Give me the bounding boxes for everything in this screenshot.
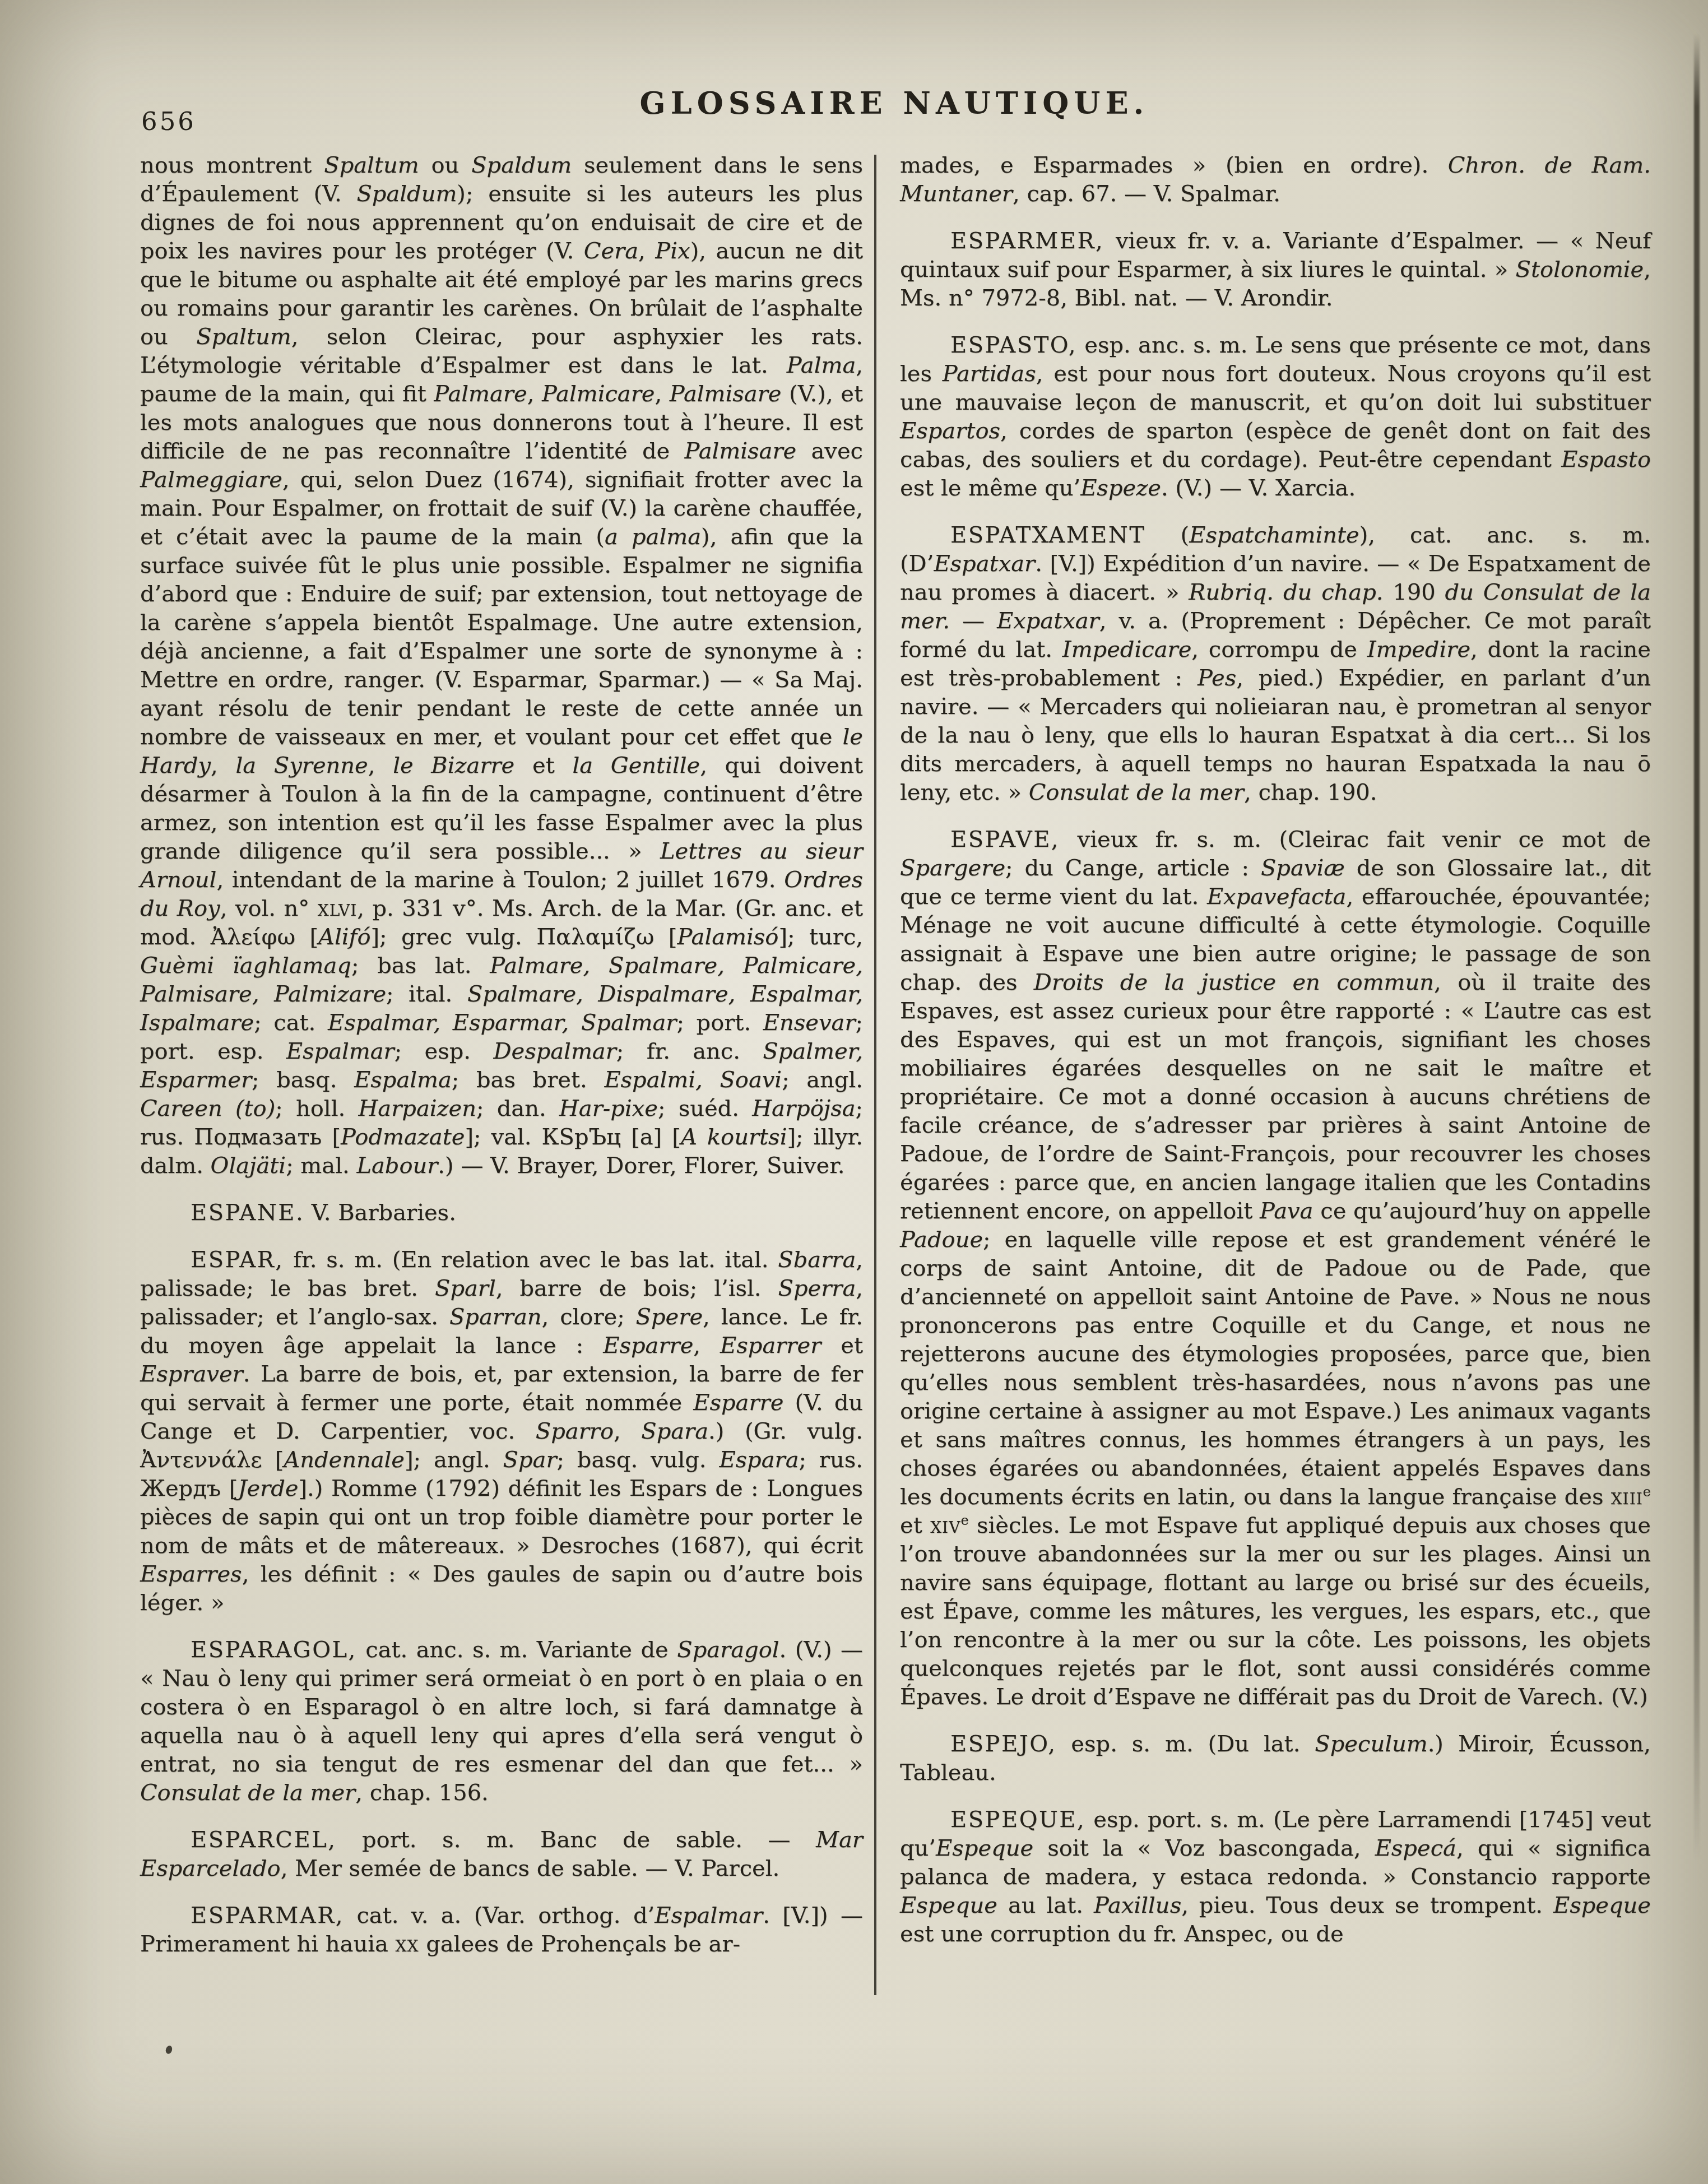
text-segment: ESPAVE, [950, 827, 1060, 852]
text-segment: ; en laquelle ville repose et est grande… [900, 1227, 1651, 1510]
text-segment: a palma [605, 524, 701, 550]
text-segment: Andennale [284, 1447, 405, 1473]
text-segment: ; bas bret. [452, 1067, 605, 1093]
text-segment: , clore; [542, 1304, 636, 1330]
text-segment: Spere [636, 1304, 703, 1330]
text-segment: Sparran [449, 1304, 542, 1330]
text-segment: esp. s. m. (Du lat. [1056, 1731, 1315, 1757]
text-segment: e [960, 1513, 968, 1528]
text-segment: Padoue [900, 1227, 983, 1253]
text-segment: Sparagol [677, 1637, 779, 1663]
text-segment: Spaltum [324, 152, 419, 178]
text-segment: Har-pixe [559, 1096, 658, 1121]
entry-espejo: ESPEJO, esp. s. m. (Du lat. Speculum.) M… [900, 1730, 1651, 1787]
text-segment: Droits de la justice en commun [1034, 970, 1434, 995]
text-segment: Sperra [778, 1276, 856, 1301]
text-segment: , [614, 1418, 641, 1444]
entry-espar: ESPAR, fr. s. m. (En relation avec le ba… [140, 1246, 863, 1617]
entry-esparagol: ESPARAGOL, cat. anc. s. m. Variante de S… [140, 1636, 863, 1807]
text-segment: ; basq. [252, 1067, 354, 1093]
text-segment: Espalmar [286, 1038, 394, 1064]
text-segment: ; ital. [386, 981, 467, 1007]
text-segment: ]; angl. [405, 1447, 503, 1473]
text-segment: , [655, 381, 670, 407]
text-segment: ; cat. [254, 1010, 328, 1036]
text-segment: Espeze [1080, 475, 1161, 501]
text-segment: Palamisó [677, 924, 778, 950]
text-segment: Stolonomie [1516, 257, 1644, 282]
text-segment: ( [1146, 522, 1190, 548]
text-segment: Spargere [900, 855, 1005, 881]
text-segment: , [211, 753, 235, 778]
left-column: nous montrent Spaltum ou Spaldum seuleme… [140, 151, 863, 1959]
entry-espave: ESPAVE, vieux fr. s. m. (Cleirac fait ve… [900, 826, 1651, 1712]
text-segment: fr. s. m. (En relation avec le bas lat. … [284, 1247, 778, 1273]
text-segment: Rubriq. du chap. [1189, 579, 1383, 605]
text-segment: Jerde [238, 1476, 298, 1501]
text-segment: ), afin que la surface suivée fût le plu… [140, 524, 863, 750]
text-segment: galees de Prohençals be ar- [419, 1931, 740, 1957]
text-segment: Espatchaminte [1189, 522, 1359, 548]
text-segment: , intendant de la marine à Toulon; 2 jui… [216, 867, 784, 893]
text-segment: vieux fr. s. m. (Cleirac fait venir ce m… [1060, 827, 1651, 852]
text-segment: Espalmar [655, 1903, 763, 1928]
text-segment: ce qu’aujourd’huy on appelle [1313, 1198, 1651, 1224]
text-segment: Olajäti [211, 1153, 286, 1179]
text-segment: , les définit : « Des gaules de sapin ou… [140, 1561, 863, 1616]
text-segment: Speculum [1315, 1731, 1427, 1757]
text-segment: le Bizarre [393, 753, 514, 778]
text-segment: ]; val. КЅрЪц [a] [ [465, 1124, 680, 1150]
text-segment: , pieu. Tous deux se trompent. [1181, 1893, 1553, 1918]
text-segment: Palmeggiare [140, 467, 282, 493]
entry-esparmar: ESPARMAR, cat. v. a. (Var. orthog. d’Esp… [140, 1902, 863, 1959]
text-segment: soit la « Voz bascongada, [1033, 1835, 1375, 1861]
text-segment: Spar [503, 1447, 557, 1473]
text-segment: ESPARMER, [950, 228, 1104, 254]
text-segment: ; holl. [275, 1096, 358, 1121]
text-segment: . (V.) — V. Xarcia. [1161, 475, 1356, 501]
text-segment: ; mal. [286, 1153, 356, 1179]
text-segment: et [821, 1333, 863, 1358]
text-segment: ; du Cange, article : [1005, 855, 1261, 881]
text-segment: Ensevar [763, 1010, 856, 1036]
text-segment: xlvi [318, 896, 358, 921]
text-segment: Palmisare [670, 381, 782, 407]
text-segment: la Gentille [572, 753, 700, 778]
text-segment: Labour [356, 1153, 438, 1179]
text-segment: , cap. 67. — V. Spalmar. [1013, 181, 1280, 207]
text-segment: Sparro [536, 1418, 614, 1444]
text-segment: ESPASTO, [950, 332, 1077, 358]
text-segment: Espeque [936, 1835, 1033, 1861]
text-segment: Esparres [140, 1561, 242, 1587]
text-segment: , [693, 1333, 720, 1358]
text-segment: ]; turc, [778, 924, 863, 950]
text-segment: Consulat de la mer [140, 1780, 355, 1806]
entry-espane: ESPANE. V. Barbaries. [140, 1199, 863, 1227]
text-segment: — [950, 608, 997, 634]
text-segment: ESPARMAR, [191, 1903, 344, 1928]
text-segment: Palma [787, 353, 856, 378]
text-segment: Harpöjsa [752, 1096, 855, 1121]
entry-espasto: ESPASTO, esp. anc. s. m. Le sens que pré… [900, 331, 1651, 503]
text-segment: ; port. [676, 1010, 763, 1036]
text-segment: , [638, 238, 655, 264]
text-segment: Especá [1375, 1835, 1456, 1861]
text-segment: , [527, 381, 542, 407]
text-segment: ESPANE. [191, 1200, 304, 1226]
text-segment: Alifó [318, 924, 370, 950]
text-segment: la Syrenne [235, 753, 368, 778]
text-segment: Expatxar [997, 608, 1099, 634]
text-segment: avec [796, 438, 863, 464]
text-segment: V. Barbaries. [304, 1200, 456, 1226]
text-segment: Espalmar, Esparmar, Spalmar [328, 1010, 677, 1036]
text-segment: , corrompu de [1191, 637, 1367, 662]
text-segment: Pix [655, 238, 690, 264]
text-segment: Despalmar [493, 1038, 616, 1064]
text-segment: Sbarra [778, 1247, 856, 1273]
text-segment: Impedicare [1062, 637, 1191, 662]
text-segment: , Mer semée de bancs de sable. — V. Parc… [281, 1856, 780, 1881]
text-segment: e [1643, 1484, 1651, 1500]
text-segment: et [514, 753, 572, 778]
text-segment: ; fr. anc. [616, 1038, 763, 1064]
text-segment: Spaviæ [1261, 855, 1345, 881]
entry-esparcel: ESPARCEL, port. s. m. Banc de sable. — M… [140, 1826, 863, 1883]
text-segment: Guèmi ïaghlamaq [140, 953, 351, 979]
text-segment: Impedire [1367, 637, 1470, 662]
text-segment: Espalmi, Soavi [604, 1067, 782, 1093]
text-segment: Sparl [435, 1276, 496, 1301]
text-segment: .) — V. Brayer, Dorer, Florer, Suiver. [438, 1153, 844, 1179]
continuation-entry-espalmer: nous montrent Spaltum ou Spaldum seuleme… [140, 151, 863, 1180]
text-segment: Pes [1198, 665, 1236, 691]
text-segment: au lat. [997, 1893, 1094, 1918]
text-block: nous montrent Spaltum ou Spaldum seuleme… [140, 151, 1651, 1959]
text-segment: Paxillus [1094, 1893, 1181, 1918]
text-segment: Palmicare [542, 381, 655, 407]
text-segment: Harpaizen [358, 1096, 476, 1121]
text-segment: ESPARCEL, [191, 1827, 336, 1853]
text-segment: ; basq. vulg. [557, 1447, 720, 1473]
text-segment: port. s. m. Banc de sable. — [336, 1827, 816, 1853]
text-segment: Esparre [603, 1333, 693, 1358]
entry-espeque: ESPEQUE, esp. port. s. m. (Le père Larra… [900, 1806, 1651, 1949]
text-segment: cat. anc. s. m. Variante de [357, 1637, 677, 1663]
text-segment: ]; grec vulg. Παλαμίζω [ [370, 924, 677, 950]
text-segment: Espatxar [934, 551, 1035, 577]
text-segment: xiii [1611, 1484, 1643, 1510]
page-edge-shadow [1694, 34, 1700, 1861]
text-segment: A kourtsi [681, 1124, 787, 1150]
text-segment: Palmisare [685, 438, 797, 464]
text-segment: Espraver [140, 1361, 243, 1387]
text-segment: est une corruption du fr. Anspec, ou de [900, 1921, 1344, 1947]
text-segment: , barre de bois; l’isl. [496, 1276, 778, 1301]
text-segment: Podmazate [341, 1124, 465, 1150]
text-segment: Espeque [900, 1893, 997, 1918]
text-segment: Spara [641, 1418, 708, 1444]
entry-esparmer: ESPARMER, vieux fr. v. a. Variante d’Esp… [900, 227, 1651, 313]
text-segment: Palmare [434, 381, 527, 407]
continuation-entry-esparmar: mades, e Esparmades » (bien en ordre). C… [900, 151, 1651, 208]
text-segment: , chap. 190. [1244, 780, 1377, 805]
text-segment: siècles. Le mot Espave fut appliqué depu… [900, 1513, 1651, 1710]
text-segment: Spaldum [356, 181, 457, 207]
text-segment: 190 [1383, 579, 1445, 605]
text-segment: , [368, 753, 393, 778]
text-segment: est le même qu’ [900, 475, 1080, 501]
text-segment: ESPEJO, [950, 1731, 1056, 1757]
text-segment: cat. v. a. (Var. orthog. d’ [344, 1903, 655, 1928]
text-segment: Esparre [693, 1390, 783, 1416]
text-segment: Espeque [1553, 1893, 1651, 1918]
text-segment: Expavefacta [1207, 884, 1346, 910]
text-segment: Spaltum [196, 324, 291, 350]
text-segment: nous montrent [140, 152, 324, 178]
text-segment: Cera [584, 238, 638, 264]
text-segment: Partidas [943, 361, 1036, 387]
text-segment: Espasto [1561, 447, 1651, 472]
text-segment: ; esp. [394, 1038, 494, 1064]
ink-spot [165, 2045, 173, 2055]
text-segment: mades, e Esparmades » (bien en ordre). [900, 152, 1448, 178]
text-segment: xiv [930, 1513, 960, 1538]
text-segment: Spaldum [471, 152, 572, 178]
text-segment: ESPARAGOL, [191, 1637, 357, 1663]
text-segment: Espartos [900, 418, 1000, 444]
text-segment: Consulat de la mer [1029, 780, 1244, 805]
text-segment: , cordes de sparton (espèce de genêt don… [900, 418, 1651, 472]
text-segment: ESPAR, [191, 1247, 284, 1273]
text-segment: Espalma [354, 1067, 452, 1093]
text-segment: Pava [1260, 1198, 1313, 1224]
text-segment: ESPEQUE, [950, 1807, 1085, 1833]
text-segment: , chap. 156. [355, 1780, 489, 1806]
text-segment: Espara [719, 1447, 799, 1473]
text-segment: Careen (to) [140, 1096, 275, 1121]
text-segment: ; angl. [782, 1067, 863, 1093]
text-segment: ; suéd. [658, 1096, 752, 1121]
entry-espatxament: ESPATXAMENT (Espatchaminte), cat. anc. s… [900, 521, 1651, 807]
running-head-title: GLOSSAIRE NAUTIQUE. [140, 85, 1649, 121]
text-segment: ; bas lat. [351, 953, 490, 979]
text-segment: Esparrer [720, 1333, 821, 1358]
scanned-glossary-page: 656 GLOSSAIRE NAUTIQUE. nous montrent Sp… [0, 0, 1708, 2184]
text-segment: ; dan. [476, 1096, 559, 1121]
text-segment: xx [396, 1931, 419, 1957]
text-segment: , où il traite des Espaves, est assez cu… [900, 970, 1651, 1224]
text-segment: ESPATXAMENT [950, 522, 1146, 548]
text-segment: et [900, 1513, 930, 1538]
right-column: mades, e Esparmades » (bien en ordre). C… [900, 151, 1651, 1959]
text-segment: , vol. n° [220, 896, 318, 921]
text-segment: ou [419, 152, 472, 178]
